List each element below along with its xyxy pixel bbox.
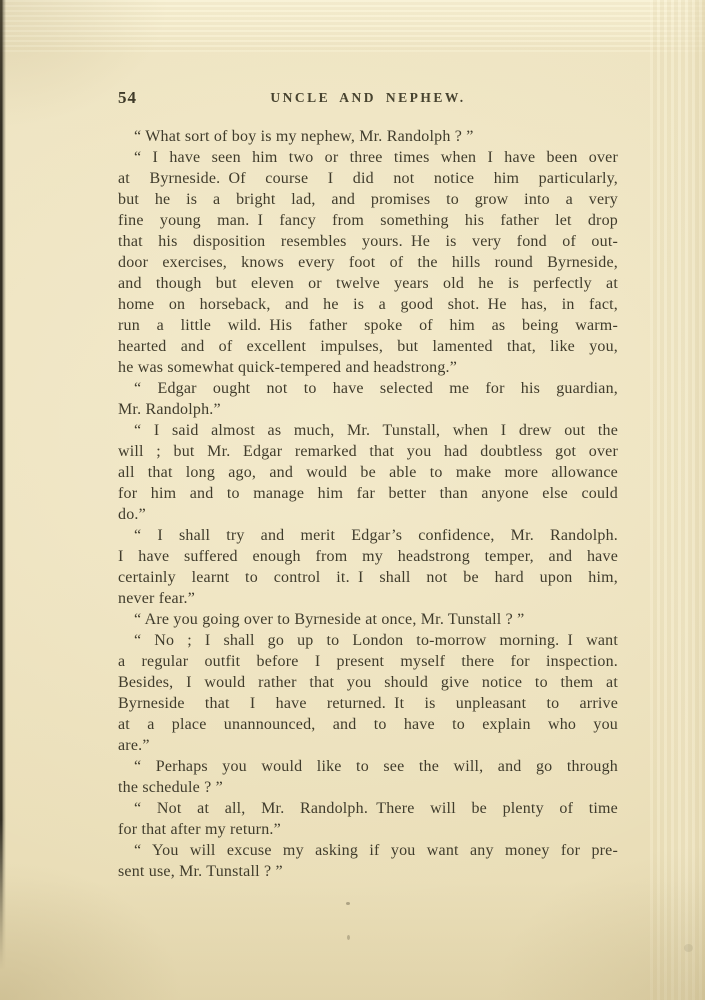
- text-line: “ No ; I shall go up to London to-morrow…: [118, 630, 618, 651]
- text-line: “ Perhaps you would like to see the will…: [118, 756, 618, 777]
- text-line: he was somewhat quick-tempered and heads…: [118, 357, 618, 378]
- ink-speck: [347, 935, 350, 940]
- text-line: for that after my return.”: [118, 819, 618, 840]
- text-line: the schedule ? ”: [118, 777, 618, 798]
- text-line: “ Not at all, Mr. Randolph. There will b…: [118, 798, 618, 819]
- text-line: Byrneside that I have returned. It is un…: [118, 693, 618, 714]
- text-line: at Byrneside. Of course I did not notice…: [118, 168, 618, 189]
- text-line: at a place unannounced, and to have to e…: [118, 714, 618, 735]
- page-header: 54 UNCLE AND NEPHEW.: [118, 88, 618, 106]
- text-block: “ What sort of boy is my nephew, Mr. Ran…: [118, 126, 618, 882]
- text-line: sent use, Mr. Tunstall ? ”: [118, 861, 618, 882]
- text-line: Mr. Randolph.”: [118, 399, 618, 420]
- book-page: 54 UNCLE AND NEPHEW. “ What sort of boy …: [0, 0, 705, 1000]
- text-line: will ; but Mr. Edgar remarked that you h…: [118, 441, 618, 462]
- text-line: “ You will excuse my asking if you want …: [118, 840, 618, 861]
- text-line: all that long ago, and would be able to …: [118, 462, 618, 483]
- text-line: I have suffered enough from my headstron…: [118, 546, 618, 567]
- text-line: hearted and of excellent impulses, but l…: [118, 336, 618, 357]
- text-line: fine young man. I fancy from something h…: [118, 210, 618, 231]
- text-line: do.”: [118, 504, 618, 525]
- text-line: that his disposition resembles yours. He…: [118, 231, 618, 252]
- text-line: for him and to manage him far better tha…: [118, 483, 618, 504]
- running-header: UNCLE AND NEPHEW.: [118, 90, 618, 106]
- text-line: certainly learnt to control it. I shall …: [118, 567, 618, 588]
- text-line: “ I said almost as much, Mr. Tunstall, w…: [118, 420, 618, 441]
- text-line: a regular outfit before I present myself…: [118, 651, 618, 672]
- text-line: run a little wild. His father spoke of h…: [118, 315, 618, 336]
- text-line: “ Edgar ought not to have selected me fo…: [118, 378, 618, 399]
- text-line: Besides, I would rather that you should …: [118, 672, 618, 693]
- text-line: “ What sort of boy is my nephew, Mr. Ran…: [118, 126, 618, 147]
- text-line: are.”: [118, 735, 618, 756]
- text-line: never fear.”: [118, 588, 618, 609]
- paper-stain: [684, 944, 693, 952]
- text-line: “ Are you going over to Byrneside at onc…: [118, 609, 618, 630]
- text-line: “ I shall try and merit Edgar’s confiden…: [118, 525, 618, 546]
- text-line: home on horseback, and he is a good shot…: [118, 294, 618, 315]
- text-line: but he is a bright lad, and promises to …: [118, 189, 618, 210]
- text-line: and though but eleven or twelve years ol…: [118, 273, 618, 294]
- text-line: “ I have seen him two or three times whe…: [118, 147, 618, 168]
- text-line: door exercises, knows every foot of the …: [118, 252, 618, 273]
- ink-speck: [346, 902, 350, 905]
